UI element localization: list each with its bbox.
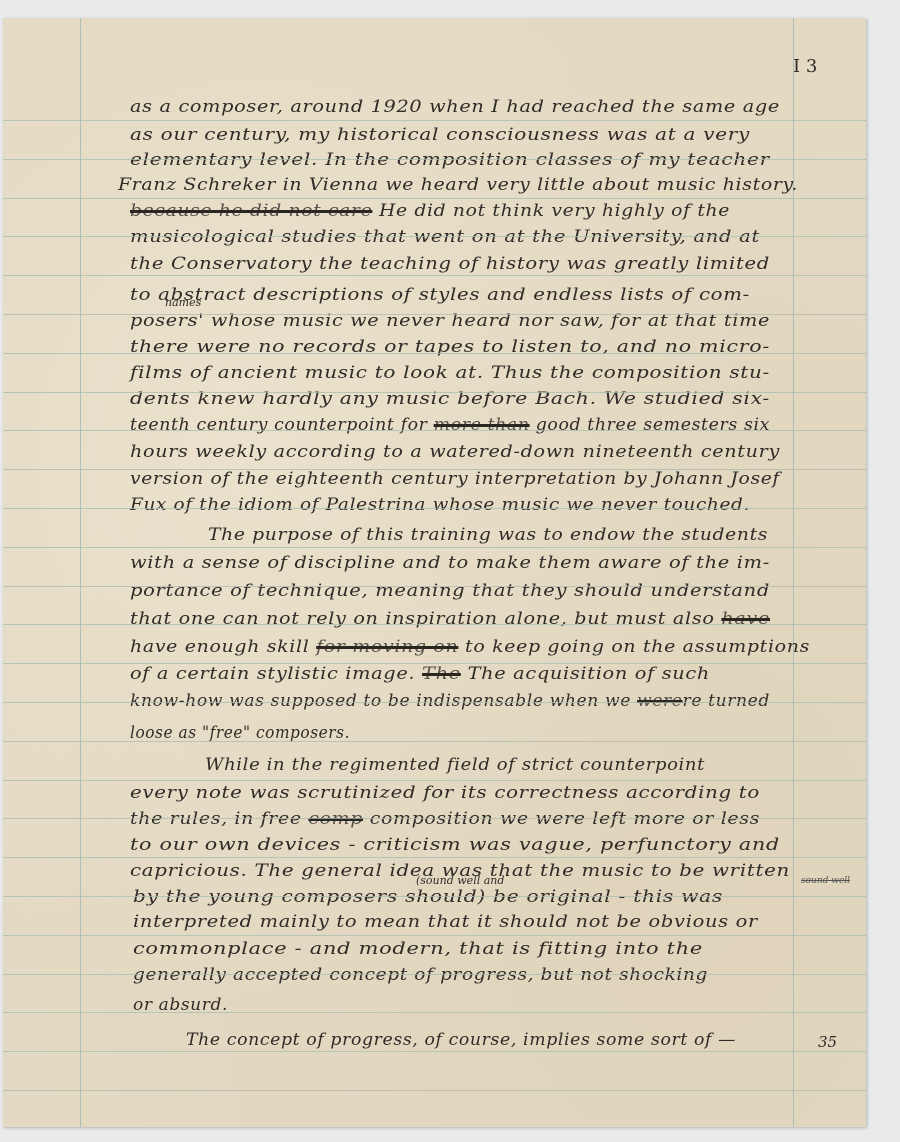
text-segment: good three semesters six (530, 415, 770, 435)
ruled-line (3, 120, 866, 121)
ruled-line (3, 1051, 866, 1052)
text-line: by the young composers should) be origin… (133, 887, 723, 907)
text-line: portance of technique, meaning that they… (130, 581, 770, 601)
struck-margin-note: sound well (801, 876, 850, 886)
struck-text: more than (434, 415, 530, 435)
text-line: every note was scrutinized for its corre… (130, 783, 760, 803)
text-segment: elementary level. In the composition cla… (130, 150, 770, 170)
ruled-line (3, 1012, 866, 1013)
text-segment: hours weekly according to a watered-down… (130, 442, 780, 462)
ruled-line (3, 974, 866, 975)
text-line: with a sense of discipline and to make t… (130, 553, 770, 573)
ruled-line (3, 353, 866, 354)
text-line: to our own devices - criticism was vague… (130, 835, 780, 855)
ruled-line (3, 508, 866, 509)
ruled-line (3, 159, 866, 160)
ruled-line (3, 430, 866, 431)
text-segment: teenth century counterpoint for (130, 415, 434, 435)
text-line: as our century, my historical consciousn… (130, 125, 750, 145)
struck-text: for moving on (316, 637, 458, 657)
ruled-line (3, 1090, 866, 1091)
ruled-line (3, 780, 866, 781)
folio-number: 35 (818, 1033, 837, 1051)
text-line: there were no records or tapes to listen… (130, 337, 770, 357)
text-segment: have enough skill (130, 637, 316, 657)
ruled-line (3, 586, 866, 587)
ruled-line (3, 314, 866, 315)
text-segment: The purpose of this training was to endo… (208, 525, 768, 545)
ruled-line (3, 702, 866, 703)
text-line: The concept of progress, of course, impl… (186, 1030, 736, 1050)
text-segment: to keep going on the assumptions (458, 637, 810, 657)
ruled-line (3, 198, 866, 199)
text-segment: of a certain stylistic image. (130, 664, 422, 684)
struck-text: have (721, 609, 770, 629)
text-line: as a composer, around 1920 when I had re… (130, 97, 780, 117)
text-line: version of the eighteenth century interp… (130, 469, 780, 489)
text-segment: version of the eighteenth century interp… (130, 469, 780, 489)
ruled-line (3, 896, 866, 897)
text-segment: with a sense of discipline and to make t… (130, 553, 770, 573)
text-segment: interpreted mainly to mean that it shoul… (133, 912, 758, 932)
text-line: teenth century counterpoint for more tha… (130, 415, 770, 435)
struck-text: were (637, 691, 683, 711)
text-line: because he did not care He did not think… (130, 201, 730, 221)
text-line: know-how was supposed to be indispensabl… (130, 691, 770, 711)
text-line: Franz Schreker in Vienna we heard very l… (118, 175, 798, 195)
text-line: the Conservatory the teaching of history… (130, 254, 770, 274)
ruled-line (3, 818, 866, 819)
struck-text: because he did not care (130, 201, 372, 221)
text-line: Fux of the idiom of Palestrina whose mus… (130, 495, 750, 515)
text-segment: generally accepted concept of progress, … (133, 965, 708, 985)
ruled-line (3, 392, 866, 393)
text-line: films of ancient music to look at. Thus … (130, 363, 770, 383)
manuscript-page: I 3 35 sound well as a composer, around … (3, 18, 866, 1127)
ruled-line (3, 857, 866, 858)
text-segment: to abstract descriptions of styles and e… (130, 285, 750, 305)
interlinear-insertion: (sound well and (416, 874, 504, 887)
text-line: interpreted mainly to mean that it shoul… (133, 912, 758, 932)
ruled-line (3, 741, 866, 742)
text-segment: every note was scrutinized for its corre… (130, 783, 760, 803)
text-line: elementary level. In the composition cla… (130, 150, 770, 170)
page-marker: I 3 (793, 56, 817, 77)
struck-text: The (422, 664, 461, 684)
text-line: While in the regimented field of strict … (205, 755, 705, 775)
text-segment: as our century, my historical consciousn… (130, 125, 750, 145)
text-segment: While in the regimented field of strict … (205, 755, 705, 775)
text-segment: the Conservatory the teaching of history… (130, 254, 770, 274)
ruled-line (3, 624, 866, 625)
text-segment: to our own devices - criticism was vague… (130, 835, 780, 855)
text-line: that one can not rely on inspiration alo… (130, 609, 770, 629)
text-segment: as a composer, around 1920 when I had re… (130, 97, 780, 117)
text-segment: know-how was supposed to be indispensabl… (130, 691, 637, 711)
text-segment: He did not think very highly of the (372, 201, 730, 221)
text-segment: The acquisition of such (461, 664, 710, 684)
text-line: have enough skill for moving on to keep … (130, 637, 810, 657)
text-segment: portance of technique, meaning that they… (130, 581, 770, 601)
ruled-line (3, 236, 866, 237)
ruled-line (3, 469, 866, 470)
text-line: The purpose of this training was to endo… (208, 525, 768, 545)
text-segment: by the young composers should) be origin… (133, 887, 723, 907)
text-line: generally accepted concept of progress, … (133, 965, 708, 985)
text-segment: The concept of progress, of course, impl… (186, 1030, 736, 1050)
text-segment: re turned (683, 691, 770, 711)
text-line: of a certain stylistic image. The The ac… (130, 664, 710, 684)
text-segment: films of ancient music to look at. Thus … (130, 363, 770, 383)
text-line: to abstract descriptions of styles and e… (130, 285, 750, 305)
left-margin-line (80, 18, 81, 1127)
text-segment: there were no records or tapes to listen… (130, 337, 770, 357)
ruled-line (3, 275, 866, 276)
ruled-line (3, 935, 866, 936)
interlinear-insertion: names (165, 296, 201, 309)
text-segment: commonplace - and modern, that is fittin… (133, 939, 703, 959)
ruled-line (3, 663, 866, 664)
text-segment: Fux of the idiom of Palestrina whose mus… (130, 495, 750, 515)
text-segment: Franz Schreker in Vienna we heard very l… (118, 175, 798, 195)
text-line: hours weekly according to a watered-down… (130, 442, 780, 462)
ruled-line (3, 547, 866, 548)
text-line: commonplace - and modern, that is fittin… (133, 939, 703, 959)
text-segment: that one can not rely on inspiration alo… (130, 609, 721, 629)
